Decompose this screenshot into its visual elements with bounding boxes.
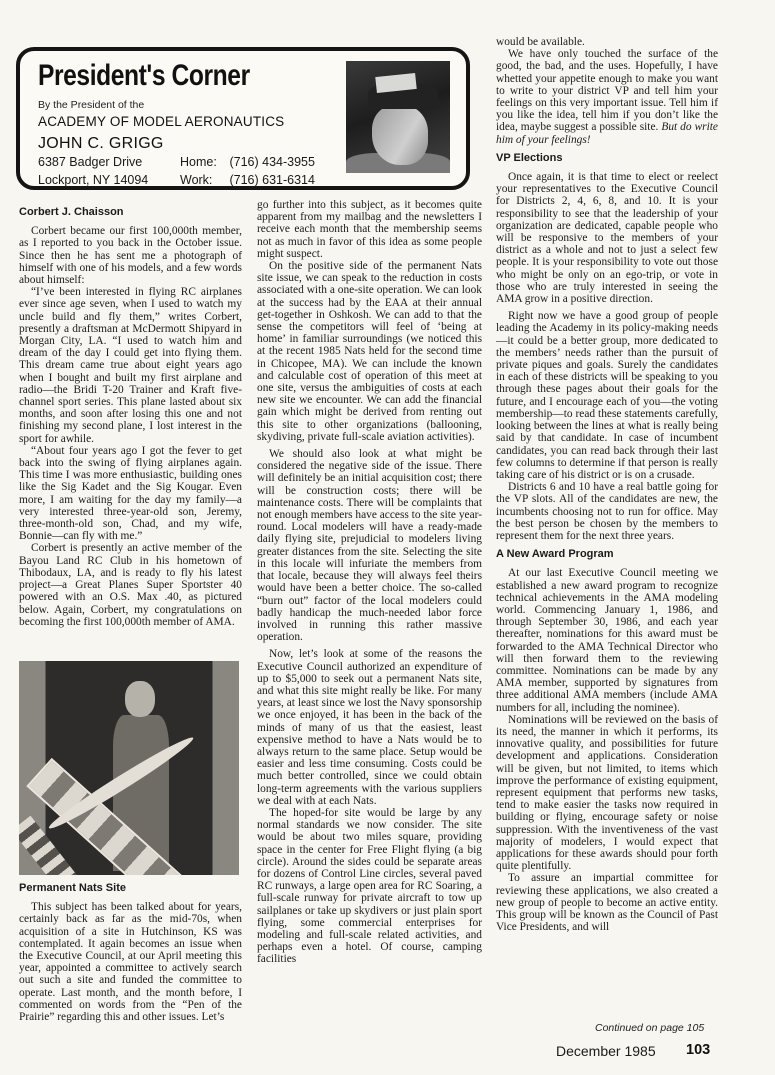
presidents-corner-header: President's Corner By the President of t…	[16, 47, 470, 190]
section-heading-nats: Permanent Nats Site	[19, 882, 242, 894]
column-1-nats: Permanent Nats Site This subject has bee…	[19, 882, 242, 1023]
paragraph: This subject has been talked about for y…	[19, 901, 242, 1023]
president-portrait-photo	[346, 61, 450, 173]
address-city: Lockport, NY 14094	[38, 173, 148, 187]
paragraph: Districts 6 and 10 have a real battle go…	[496, 481, 718, 542]
column-title: President's Corner	[38, 59, 250, 93]
work-phone-row: Work: (716) 631-6314	[180, 173, 315, 187]
section-heading-award: A New Award Program	[496, 548, 718, 560]
page-number: 103	[686, 1042, 710, 1058]
column-3: would be available. We have only touched…	[496, 36, 718, 933]
home-phone: (716) 434-3955	[229, 155, 314, 169]
paragraph: Corbert became our first 100,000th membe…	[19, 225, 242, 286]
paragraph: Nominations will be reviewed on the basi…	[496, 714, 718, 873]
paragraph: Now, let’s look at some of the reasons t…	[257, 648, 482, 807]
address-street: 6387 Badger Drive	[38, 155, 142, 169]
paragraph: Corbert is presently an active member of…	[19, 542, 242, 627]
paragraph: Once again, it is that time to elect or …	[496, 171, 718, 305]
paragraph: We have only touched the surface of the …	[496, 48, 718, 146]
section-heading-chaisson: Corbert J. Chaisson	[19, 206, 242, 218]
president-name: JOHN C. GRIGG	[38, 135, 164, 153]
byline: By the President of the	[38, 99, 144, 111]
paragraph: The hoped-for site would be large by any…	[257, 807, 482, 966]
paragraph: On the positive side of the permanent Na…	[257, 260, 482, 443]
paragraph: We should also look at what might be con…	[257, 448, 482, 643]
work-phone: (716) 631-6314	[229, 173, 314, 187]
home-phone-label: Home:	[180, 155, 226, 169]
paragraph: “I’ve been interested in flying RC airpl…	[19, 286, 242, 445]
paragraph: Right now we have a good group of people…	[496, 310, 718, 481]
section-heading-vp: VP Elections	[496, 152, 718, 164]
paragraph: To assure an impartial committee for rev…	[496, 872, 718, 933]
work-phone-label: Work:	[180, 173, 226, 187]
paragraph: “About four years ago I got the fever to…	[19, 445, 242, 543]
corbert-airplane-photo	[19, 661, 239, 875]
issue-date: December 1985	[556, 1043, 656, 1059]
organization-name: ACADEMY OF MODEL AERONAUTICS	[38, 114, 284, 129]
column-2-nats: go further into this subject, as it beco…	[257, 199, 482, 966]
column-1-chaisson: Corbert J. Chaisson Corbert became our f…	[19, 206, 242, 628]
paragraph: At our last Executive Council meeting we…	[496, 567, 718, 713]
home-phone-row: Home: (716) 434-3955	[180, 155, 315, 169]
paragraph: would be available.	[496, 36, 718, 48]
continued-note: Continued on page 105	[595, 1022, 704, 1034]
magazine-page: President's Corner By the President of t…	[0, 0, 775, 1075]
paragraph: go further into this subject, as it beco…	[257, 199, 482, 260]
